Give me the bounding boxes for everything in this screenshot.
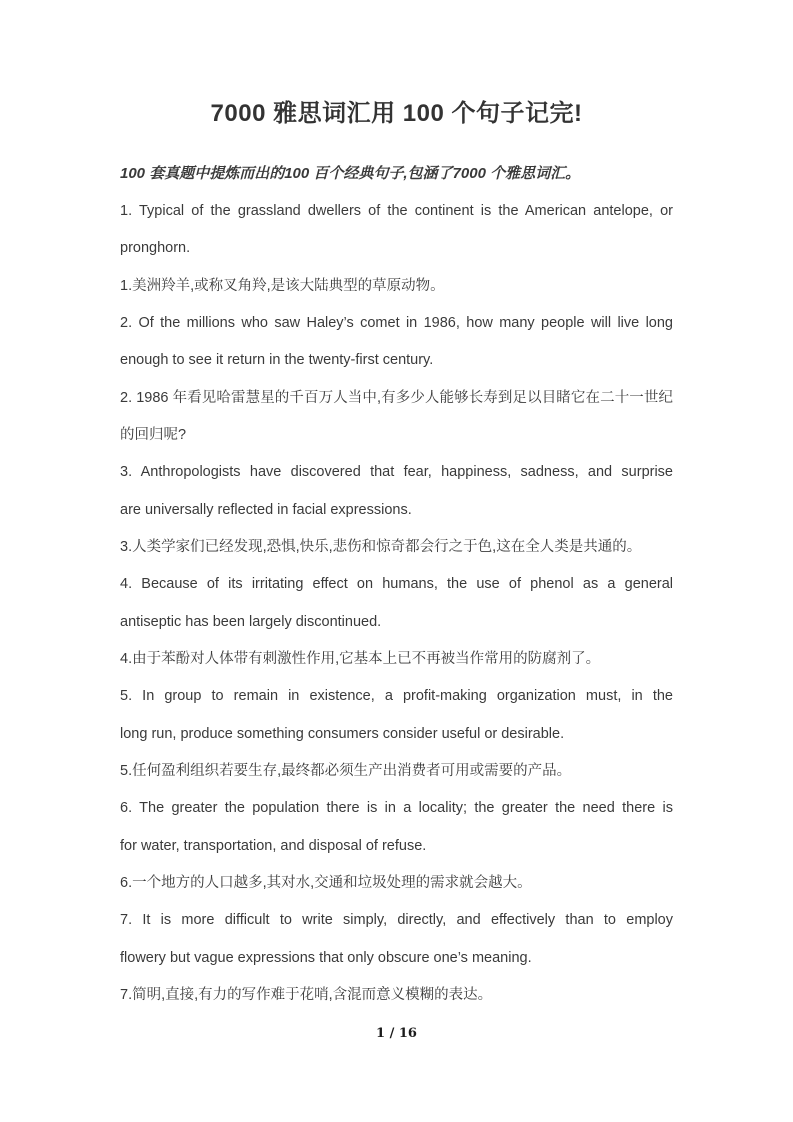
text-line: 6.一个地方的人口越多,其对水,交通和垃圾处理的需求就会越大。: [120, 865, 673, 902]
text-line: long run, produce something consumers co…: [120, 716, 673, 753]
text-line: antiseptic has been largely discontinued…: [120, 604, 673, 641]
document-title: 7000 雅思词汇用 100 个句子记完!: [120, 96, 673, 132]
text-line: enough to see it return in the twenty-fi…: [120, 342, 673, 379]
text-line: 1. Typical of the grassland dwellers of …: [120, 193, 673, 230]
text-line: 5. In group to remain in existence, a pr…: [120, 678, 673, 715]
page-number: 1 / 16: [120, 1026, 673, 1042]
text-line: 2. 1986 年看见哈雷慧星的千百万人当中,有多少人能够长寿到足以目睹它在二十…: [120, 380, 673, 417]
text-line: 的回归呢?: [120, 417, 673, 454]
document-body: 1. Typical of the grassland dwellers of …: [120, 193, 673, 1014]
text-line: 5.任何盈利组织若要生存,最终都必须生产出消费者可用或需要的产品。: [120, 753, 673, 790]
text-line: 2. Of the millions who saw Haley’s comet…: [120, 305, 673, 342]
text-line: 4. Because of its irritating effect on h…: [120, 566, 673, 603]
text-line: pronghorn.: [120, 230, 673, 267]
text-line: 3. Anthropologists have discovered that …: [120, 454, 673, 491]
text-line: 4.由于苯酚对人体带有刺激性作用,它基本上已不再被当作常用的防腐剂了。: [120, 641, 673, 678]
text-line: 1.美洲羚羊,或称叉角羚,是该大陆典型的草原动物。: [120, 268, 673, 305]
text-line: are universally reflected in facial expr…: [120, 492, 673, 529]
document-subtitle: 100 套真题中提炼而出的100 百个经典句子,包涵了7000 个雅思词汇。: [120, 164, 673, 184]
document-page: 7000 雅思词汇用 100 个句子记完! 100 套真题中提炼而出的100 百…: [0, 0, 793, 1122]
text-line: 3.人类学家们已经发现,恐惧,快乐,悲伤和惊奇都会行之于色,这在全人类是共通的。: [120, 529, 673, 566]
text-line: 6. The greater the population there is i…: [120, 790, 673, 827]
text-line: 7. It is more difficult to write simply,…: [120, 902, 673, 939]
text-line: for water, transportation, and disposal …: [120, 828, 673, 865]
text-line: flowery but vague expressions that only …: [120, 940, 673, 977]
text-line: 7.简明,直接,有力的写作难于花哨,含混而意义模糊的表达。: [120, 977, 673, 1014]
